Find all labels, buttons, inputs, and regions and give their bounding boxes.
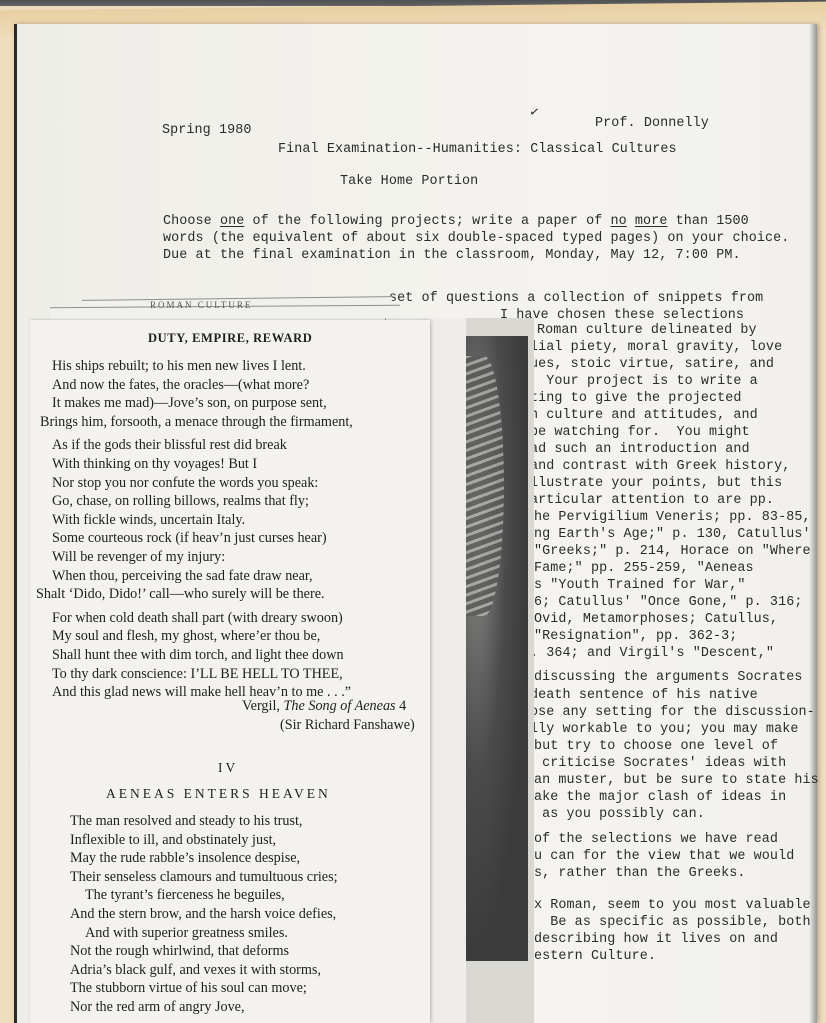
- exam-fragment-line: Your project is to write a: [530, 374, 758, 389]
- poem-line: The stubborn virtue of his soul can move…: [70, 980, 307, 997]
- emphasis-no: no: [610, 214, 626, 229]
- exam-fragment-line: I have chosen these selections: [500, 308, 744, 323]
- photocopy-texture: [464, 356, 504, 616]
- exam-fragment-line: of the selections we have read: [534, 832, 778, 847]
- exam-fragment-line: and contrast with Greek history,: [530, 459, 790, 474]
- poem-line: With fickle winds, uncertain Italy.: [52, 512, 245, 529]
- poem-line: My soul and flesh, my ghost, where’er th…: [52, 628, 320, 645]
- poem-line: And with superior greatness smiles.: [85, 925, 288, 942]
- exam-professor: Prof. Donnelly: [595, 116, 709, 131]
- exam-fragment-line: death sentence of his native: [530, 688, 758, 703]
- poem-line: Some courteous rock (if heav’n just curs…: [52, 530, 327, 547]
- exam-fragment-line: an muster, but be sure to state his: [534, 773, 819, 788]
- exam-fragment-line: "Resignation", pp. 362-3;: [534, 629, 737, 644]
- poem-line: Not the rough whirlwind, that deforms: [70, 943, 289, 960]
- exam-fragment-line: set of questions a collection of snippet…: [389, 291, 763, 306]
- poem-line: Adria’s black gulf, and vexes it with st…: [70, 962, 321, 979]
- poem-line: Shalt ‘Dido, Dido!’ call—who surely will…: [36, 586, 325, 603]
- photocopy-image-strip: [462, 318, 534, 1023]
- exam-fragment-line: estern Culture.: [534, 949, 656, 964]
- poem-line: When thou, perceiving the sad fate draw …: [52, 568, 313, 585]
- exam-fragment-line: ting to give the projected: [530, 391, 742, 406]
- exam-fragment-line: Ovid, Metamorphoses; Catullus,: [534, 612, 778, 627]
- exam-fragment-line: ng Earth's Age;" p. 130, Catullus': [534, 527, 811, 542]
- exam-fragment-line: 6; Catullus' "Once Gone," p. 316;: [534, 595, 802, 610]
- exam-fragment-line: but try to choose one level of: [534, 739, 778, 754]
- exam-fragment-line: articular attention to are pp.: [530, 493, 774, 508]
- poem-line: Their senseless clamours and tumultuous …: [70, 869, 338, 886]
- exam-fragment-line: discussing the arguments Socrates: [534, 670, 802, 685]
- exam-fragment-line: llustrate your points, but this: [530, 476, 782, 491]
- poem-line: And now the fates, the oracles—(what mor…: [52, 377, 309, 394]
- emphasis-one: one: [220, 214, 244, 229]
- exam-fragment-line: ose any setting for the discussion-: [530, 705, 815, 720]
- exam-fragment-line: s, rather than the Greeks.: [534, 866, 746, 881]
- running-head: DUTY, EMPIRE, REWARD: [148, 331, 312, 346]
- poem-line: Shall hunt thee with dim torch, and ligh…: [52, 647, 344, 664]
- text-fragment: than 1500: [667, 214, 748, 229]
- instructions-line-3: Due at the final examination in the clas…: [163, 248, 741, 263]
- instructions-line-2: words (the equivalent of about six doubl…: [163, 231, 789, 246]
- exam-fragment-line: describing how it lives on and: [534, 932, 778, 947]
- emphasis-more: more: [635, 214, 668, 229]
- poem-line: Nor stop you nor confute the words you s…: [52, 475, 318, 492]
- text-fragment: [627, 214, 635, 229]
- exam-fragment-line: ad such an introduction and: [530, 442, 750, 457]
- attribution-work: The Song of Aeneas: [284, 698, 396, 714]
- poem-line: And the stern brow, and the harsh voice …: [70, 906, 336, 923]
- exam-fragment-line: Roman culture delineated by: [537, 323, 757, 338]
- poem-line: It makes me mad)—Jove’s son, on purpose …: [52, 395, 327, 412]
- exam-fragment-line: lial piety, moral gravity, love: [530, 340, 782, 355]
- exam-fragment-line: be watching for. You might: [530, 425, 750, 440]
- section-number: IV: [218, 760, 238, 776]
- poem-line: Nor the red arm of angry Jove,: [70, 999, 245, 1016]
- exam-fragment-line: he Pervigilium Veneris; pp. 83-85,: [534, 510, 811, 525]
- poem-line: Go, chase, on rolling billows, realms th…: [52, 493, 309, 510]
- book-page: DUTY, EMPIRE, REWARD His ships rebuilt; …: [30, 320, 430, 1023]
- exam-fragment-line: lly workable to you; you may make: [530, 722, 798, 737]
- exam-subtitle: Take Home Portion: [340, 174, 478, 189]
- attribution-line: Vergil, The Song of Aeneas 4: [242, 698, 406, 715]
- instructions-line-1: Choose one of the following projects; wr…: [163, 214, 749, 229]
- poem-line: To thy dark conscience: I’LL BE HELL TO …: [52, 666, 343, 683]
- exam-fragment-line: as you possibly can.: [534, 807, 705, 822]
- exam-term: Spring 1980: [162, 123, 252, 138]
- exam-fragment-line: s "Youth Trained for War,": [534, 578, 746, 593]
- attribution-book: 4: [396, 698, 407, 714]
- exam-fragment-line: Fame;" pp. 255-259, "Aeneas: [534, 561, 754, 576]
- poem-line: His ships rebuilt; to his men new lives …: [52, 358, 306, 375]
- exam-fragment-line: . 364; and Virgil's "Descent,": [530, 646, 774, 661]
- text-fragment: Choose: [163, 214, 220, 229]
- poem-line: May the rude rabble’s insolence despise,: [70, 850, 300, 867]
- attribution-author: Vergil,: [242, 698, 284, 714]
- exam-fragment-line: x Roman, seem to you most valuable: [534, 898, 811, 913]
- exam-fragment-line: criticise Socrates' ideas with: [534, 756, 786, 771]
- poem-line: Inflexible to ill, and obstinately just,: [70, 832, 276, 849]
- faded-page-title: ROMAN CULTURE: [150, 300, 252, 310]
- poem-line: Will be revenger of my injury:: [52, 549, 225, 566]
- exam-fragment-line: "Greeks;" p. 214, Horace on "Where: [534, 544, 811, 559]
- exam-fragment-line: u can for the view that we would: [534, 849, 794, 864]
- exam-fragment-line: Be as specific as possible, both: [534, 915, 811, 930]
- poem-line: The man resolved and steady to his trust…: [70, 813, 302, 830]
- exam-fragment-line: ake the major clash of ideas in: [534, 790, 786, 805]
- translator-line: (Sir Richard Fanshawe): [280, 717, 415, 734]
- section-title: AENEAS ENTERS HEAVEN: [106, 786, 331, 802]
- exam-title: Final Examination--Humanities: Classical…: [278, 142, 677, 157]
- poem-line: For when cold death shall part (with dre…: [52, 610, 343, 627]
- text-fragment: of the following projects; write a paper…: [244, 214, 610, 229]
- poem-line: With thinking on thy voyages! But I: [52, 456, 257, 473]
- exam-fragment-line: n culture and attitudes, and: [530, 408, 758, 423]
- photocopy-dark-area: [464, 336, 528, 961]
- poem-line: As if the gods their blissful rest did b…: [52, 437, 287, 454]
- poem-line: Brings him, forsooth, a menace through t…: [40, 414, 353, 431]
- exam-fragment-line: ues, stoic virtue, satire, and: [530, 357, 774, 372]
- poem-line: The tyrant’s fierceness he beguiles,: [85, 887, 285, 904]
